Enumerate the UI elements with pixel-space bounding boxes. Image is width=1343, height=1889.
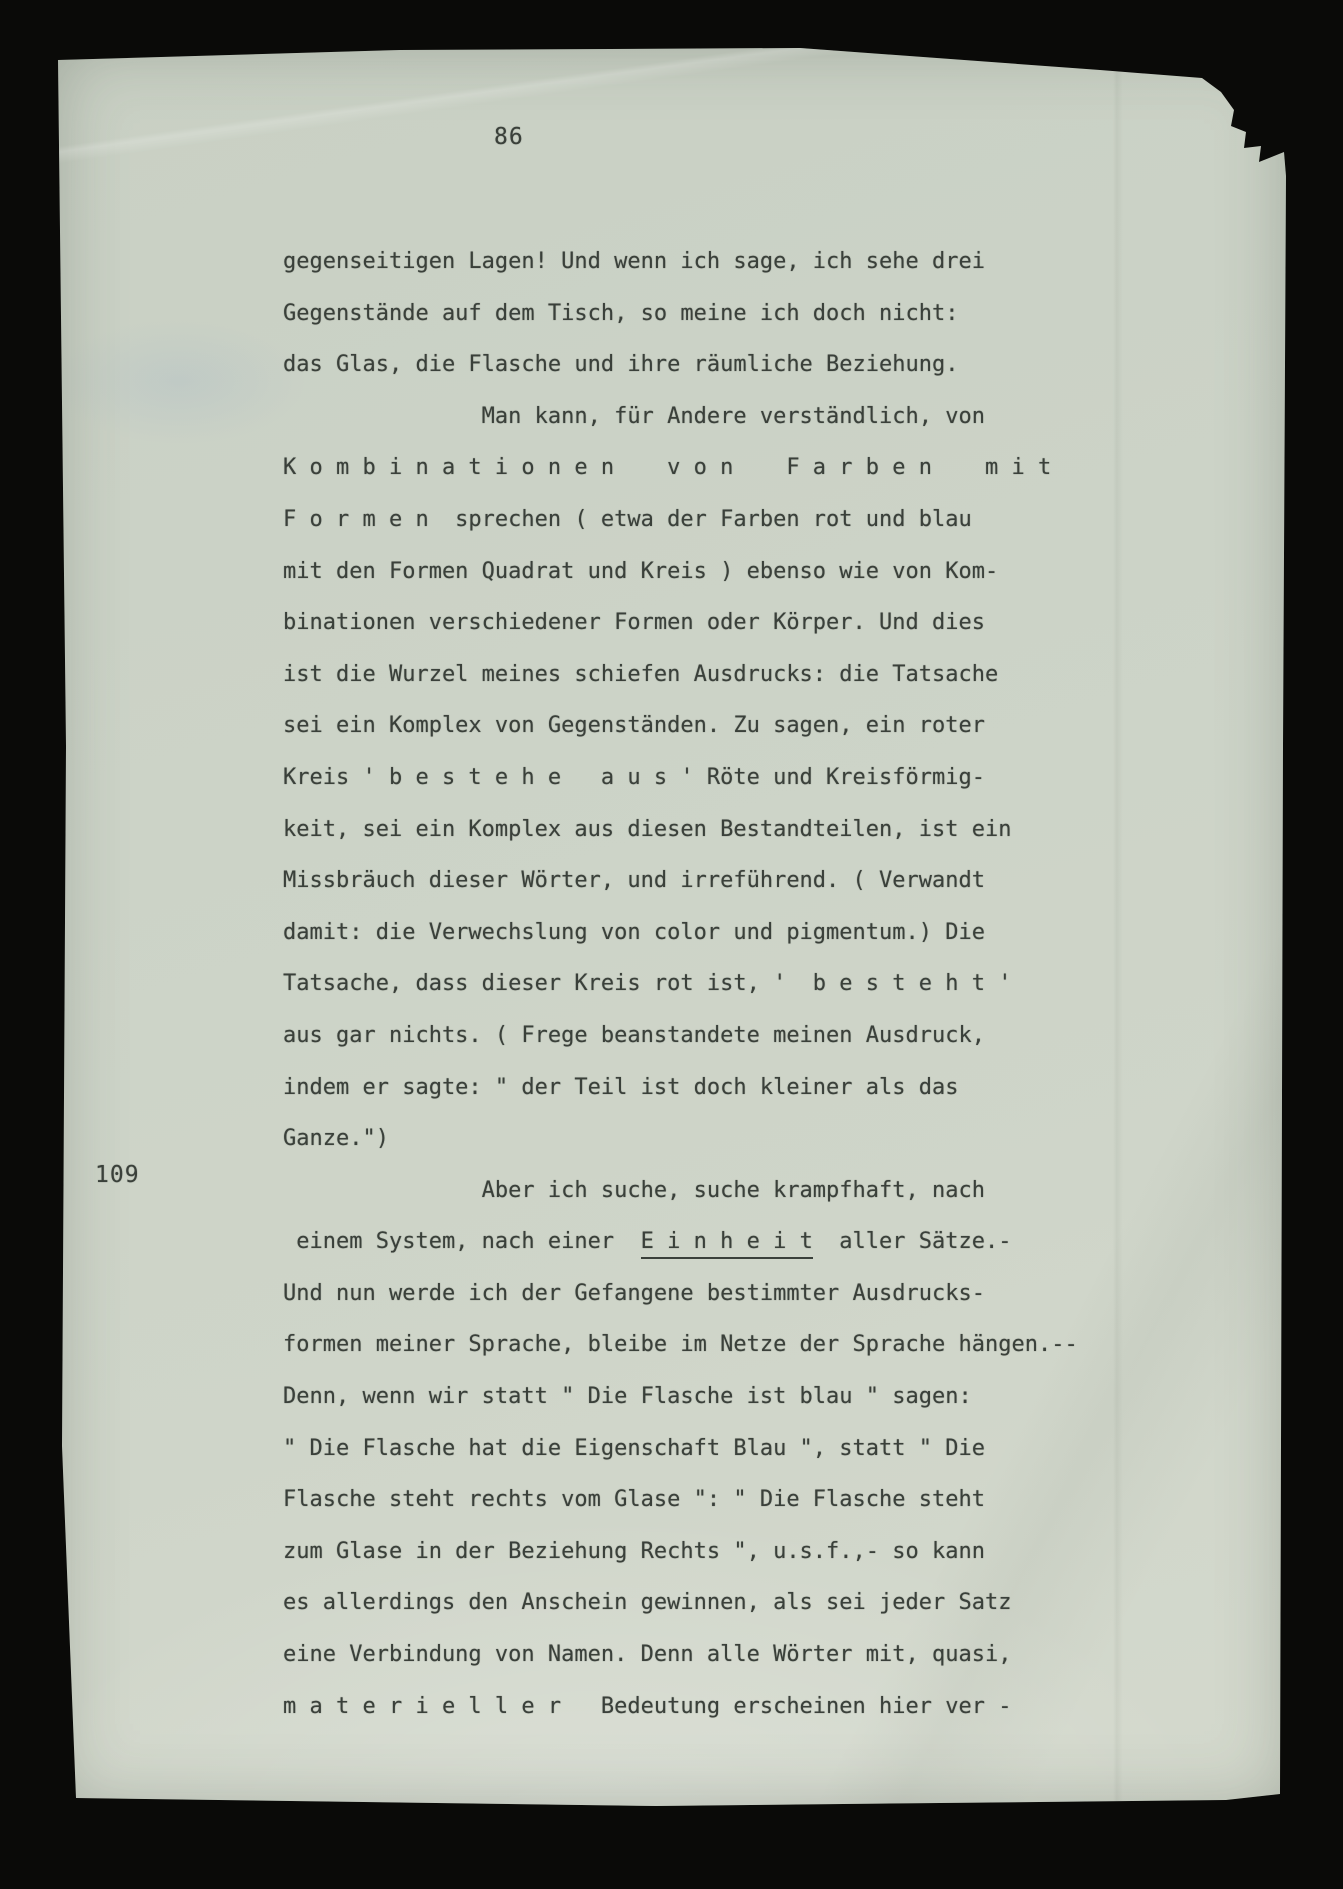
text-line: keit, sei ein Komplex aus diesen Bestand… <box>283 804 1243 856</box>
typewritten-text-block: gegenseitigen Lagen! Und wenn ich sage, … <box>283 236 1243 1732</box>
line-text: Ganze.") <box>283 1126 389 1151</box>
text-line: Kreis ' b e s t e h e a u s ' Röte und K… <box>283 752 1243 804</box>
line-text: Missbräuch dieser Wörter, und irreführen… <box>283 868 985 893</box>
line-text: ist die Wurzel meines schiefen Ausdrucks… <box>283 662 998 687</box>
line-text: gegenseitigen Lagen! Und wenn ich sage, … <box>283 249 985 274</box>
line-text: F o r m e n sprechen ( etwa der Farben r… <box>283 507 972 532</box>
line-text: es allerdings den Anschein gewinnen, als… <box>283 1590 1011 1615</box>
line-text: Kreis ' b e s t e h e a u s ' Röte und K… <box>283 765 985 790</box>
document-page: 86 109 gegenseitigen Lagen! Und wenn ich… <box>56 46 1288 1808</box>
line-text: m a t e r i e l l e r Bedeutung erschein… <box>283 1694 1011 1719</box>
line-text: aller Sätze.- <box>813 1229 1012 1254</box>
text-line: F o r m e n sprechen ( etwa der Farben r… <box>283 494 1243 546</box>
line-text: binationen verschiedener Formen oder Kör… <box>283 610 985 635</box>
line-text: Und nun werde ich der Gefangene bestimmt… <box>283 1281 985 1306</box>
line-text: K o m b i n a t i o n e n v o n F a r b … <box>283 455 1051 480</box>
line-text: Man kann, für Andere verständlich, von <box>283 404 985 429</box>
text-line: Ganze.") <box>283 1113 1243 1165</box>
line-text: keit, sei ein Komplex aus diesen Bestand… <box>283 817 1011 842</box>
text-line: Flasche steht rechts vom Glase ": " Die … <box>283 1474 1243 1526</box>
text-line: Denn, wenn wir statt " Die Flasche ist b… <box>283 1371 1243 1423</box>
margin-remark-number: 109 <box>95 1162 140 1188</box>
text-line: zum Glase in der Beziehung Rechts ", u.s… <box>283 1526 1243 1578</box>
text-line: indem er sagte: " der Teil ist doch klei… <box>283 1062 1243 1114</box>
text-line: Man kann, für Andere verständlich, von <box>283 391 1243 443</box>
text-line: aus gar nichts. ( Frege beanstandete mei… <box>283 1010 1243 1062</box>
line-text: einem System, nach einer <box>283 1229 641 1254</box>
line-text: zum Glase in der Beziehung Rechts ", u.s… <box>283 1539 985 1564</box>
line-text: formen meiner Sprache, bleibe im Netze d… <box>283 1332 1078 1357</box>
text-line: damit: die Verwechslung von color und pi… <box>283 907 1243 959</box>
text-line: das Glas, die Flasche und ihre räumliche… <box>283 339 1243 391</box>
line-text: Denn, wenn wir statt " Die Flasche ist b… <box>283 1384 972 1409</box>
scan-background: 86 109 gegenseitigen Lagen! Und wenn ich… <box>0 0 1343 1889</box>
text-line: ist die Wurzel meines schiefen Ausdrucks… <box>283 649 1243 701</box>
text-line: einem System, nach einer E i n h e i t a… <box>283 1216 1243 1268</box>
line-text: das Glas, die Flasche und ihre räumliche… <box>283 352 959 377</box>
line-text: eine Verbindung von Namen. Denn alle Wör… <box>283 1642 1011 1667</box>
line-text: Tatsache, dass dieser Kreis rot ist, ' b… <box>283 971 1011 996</box>
text-line: formen meiner Sprache, bleibe im Netze d… <box>283 1319 1243 1371</box>
text-line: Missbräuch dieser Wörter, und irreführen… <box>283 855 1243 907</box>
line-text: damit: die Verwechslung von color und pi… <box>283 920 985 945</box>
line-text: mit den Formen Quadrat und Kreis ) ebens… <box>283 559 998 584</box>
line-text: Flasche steht rechts vom Glase ": " Die … <box>283 1487 985 1512</box>
text-line: es allerdings den Anschein gewinnen, als… <box>283 1577 1243 1629</box>
line-text: indem er sagte: " der Teil ist doch klei… <box>283 1075 959 1100</box>
text-line: m a t e r i e l l e r Bedeutung erschein… <box>283 1681 1243 1733</box>
line-text: Aber ich suche, suche krampfhaft, nach <box>283 1178 985 1203</box>
page-number: 86 <box>494 124 524 150</box>
text-line: " Die Flasche hat die Eigenschaft Blau "… <box>283 1423 1243 1475</box>
text-line: gegenseitigen Lagen! Und wenn ich sage, … <box>283 236 1243 288</box>
text-line: mit den Formen Quadrat und Kreis ) ebens… <box>283 546 1243 598</box>
line-text: Gegenstände auf dem Tisch, so meine ich … <box>283 301 959 326</box>
text-line: Und nun werde ich der Gefangene bestimmt… <box>283 1268 1243 1320</box>
text-line: sei ein Komplex von Gegenständen. Zu sag… <box>283 700 1243 752</box>
text-line: Gegenstände auf dem Tisch, so meine ich … <box>283 288 1243 340</box>
text-line: binationen verschiedener Formen oder Kör… <box>283 597 1243 649</box>
underlined-text: E i n h e i t <box>641 1229 813 1259</box>
text-line: K o m b i n a t i o n e n v o n F a r b … <box>283 442 1243 494</box>
line-text: " Die Flasche hat die Eigenschaft Blau "… <box>283 1436 985 1461</box>
text-line: eine Verbindung von Namen. Denn alle Wör… <box>283 1629 1243 1681</box>
line-text: aus gar nichts. ( Frege beanstandete mei… <box>283 1023 985 1048</box>
text-line: Aber ich suche, suche krampfhaft, nach <box>283 1165 1243 1217</box>
text-line: Tatsache, dass dieser Kreis rot ist, ' b… <box>283 958 1243 1010</box>
line-text: sei ein Komplex von Gegenständen. Zu sag… <box>283 713 985 738</box>
